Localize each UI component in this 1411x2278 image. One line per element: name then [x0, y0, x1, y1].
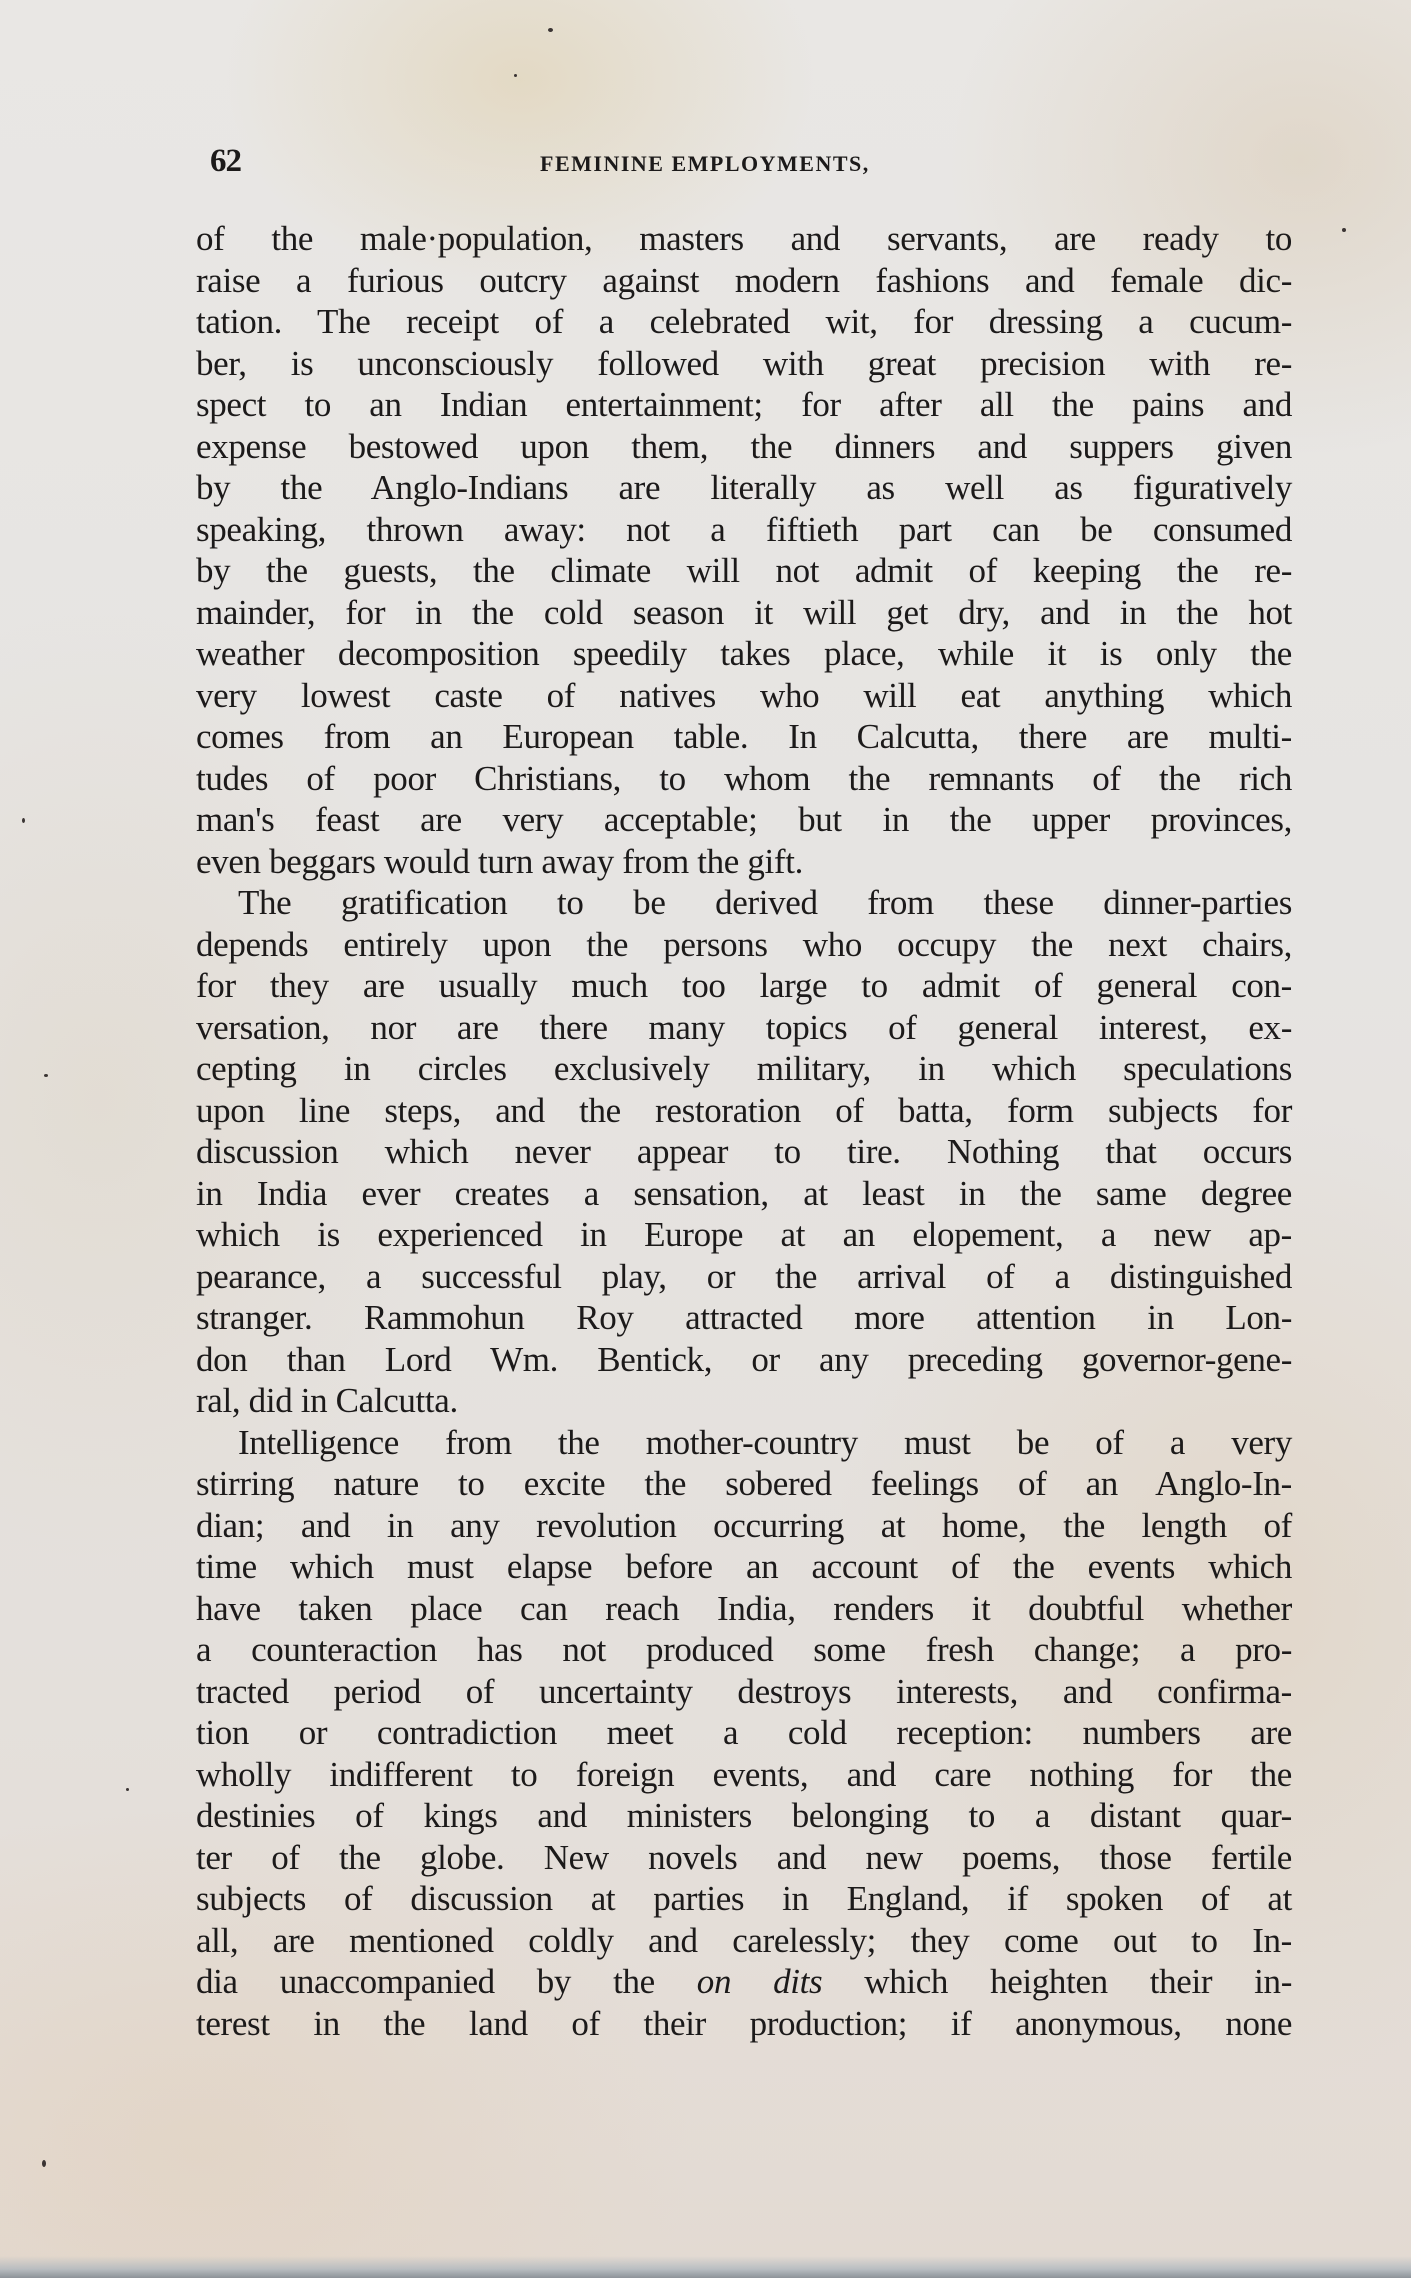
text-line: man's feast are very acceptable; but in … [196, 799, 1292, 841]
paper-speck [1342, 228, 1346, 232]
text-segment: dia unaccompanied by the [196, 1962, 697, 2001]
text-line: very lowest caste of natives who will ea… [196, 675, 1292, 717]
text-line: subjects of discussion at parties in Eng… [196, 1878, 1292, 1920]
text-line: tation. The receipt of a celebrated wit,… [196, 301, 1292, 343]
paragraph: The gratification to be derived from the… [196, 882, 1292, 1422]
text-line: expense bestowed upon them, the dinners … [196, 426, 1292, 468]
body-text: of the male·population, masters and serv… [196, 218, 1292, 2044]
text-line: ral, did in Calcutta. [196, 1380, 1292, 1422]
text-line: upon line steps, and the restoration of … [196, 1090, 1292, 1132]
text-line: discussion which never appear to tire. N… [196, 1131, 1292, 1173]
paragraph: of the male·population, masters and serv… [196, 218, 1292, 882]
text-line: which is experienced in Europe at an elo… [196, 1214, 1292, 1256]
running-title: FEMININE EMPLOYMENTS, [540, 151, 870, 177]
text-line: speaking, thrown away: not a fiftieth pa… [196, 509, 1292, 551]
text-line: ber, is unconsciously followed with grea… [196, 343, 1292, 385]
text-line-with-italic: dia unaccompanied by the on dits which h… [196, 1961, 1292, 2003]
page-number: 62 [210, 143, 241, 180]
text-line: of the male·population, masters and serv… [196, 218, 1292, 260]
italic-phrase: on dits [697, 1962, 822, 2001]
text-line: Intelligence from the mother-country mus… [196, 1422, 1292, 1464]
text-line: comes from an European table. In Calcutt… [196, 716, 1292, 758]
text-line: stirring nature to excite the sobered fe… [196, 1463, 1292, 1505]
text-line: all, are mentioned coldly and carelessly… [196, 1920, 1292, 1962]
text-line: a counteraction has not produced some fr… [196, 1629, 1292, 1671]
text-segment: which heighten their in- [822, 1962, 1292, 2001]
paper-speck [548, 28, 553, 32]
text-line: ter of the globe. New novels and new poe… [196, 1837, 1292, 1879]
paragraph: Intelligence from the mother-country mus… [196, 1422, 1292, 2045]
text-line: even beggars would turn away from the gi… [196, 841, 1292, 883]
paper-speck [22, 818, 25, 823]
text-line: depends entirely upon the persons who oc… [196, 924, 1292, 966]
paper-speck [42, 2160, 46, 2167]
text-line: destinies of kings and ministers belongi… [196, 1795, 1292, 1837]
text-line: weather decomposition speedily takes pla… [196, 633, 1292, 675]
text-line: spect to an Indian entertainment; for af… [196, 384, 1292, 426]
text-line: mainder, for in the cold season it will … [196, 592, 1292, 634]
text-line: time which must elapse before an account… [196, 1546, 1292, 1588]
text-line: don than Lord Wm. Bentick, or any preced… [196, 1339, 1292, 1381]
text-line: stranger. Rammohun Roy attracted more at… [196, 1297, 1292, 1339]
text-line: in India ever creates a sensation, at le… [196, 1173, 1292, 1215]
text-line: tion or contradiction meet a cold recept… [196, 1712, 1292, 1754]
text-line: by the Anglo-Indians are literally as we… [196, 467, 1292, 509]
text-line: wholly indifferent to foreign events, an… [196, 1754, 1292, 1796]
page-bottom-edge [0, 2256, 1411, 2278]
text-line: tudes of poor Christians, to whom the re… [196, 758, 1292, 800]
text-line: dian; and in any revolution occurring at… [196, 1505, 1292, 1547]
text-line: by the guests, the climate will not admi… [196, 550, 1292, 592]
paper-speck [44, 1074, 48, 1077]
text-line: have taken place can reach India, render… [196, 1588, 1292, 1630]
text-line: terest in the land of their production; … [196, 2003, 1292, 2045]
running-head: 62 FEMININE EMPLOYMENTS, [210, 143, 1290, 193]
text-line: versation, nor are there many topics of … [196, 1007, 1292, 1049]
text-line: for they are usually much too large to a… [196, 965, 1292, 1007]
text-line: cepting in circles exclusively military,… [196, 1048, 1292, 1090]
paper-speck [126, 1788, 129, 1791]
text-line: raise a furious outcry against modern fa… [196, 260, 1292, 302]
paper-speck [514, 74, 517, 77]
text-line: pearance, a successful play, or the arri… [196, 1256, 1292, 1298]
text-line: The gratification to be derived from the… [196, 882, 1292, 924]
text-line: tracted period of uncertainty destroys i… [196, 1671, 1292, 1713]
